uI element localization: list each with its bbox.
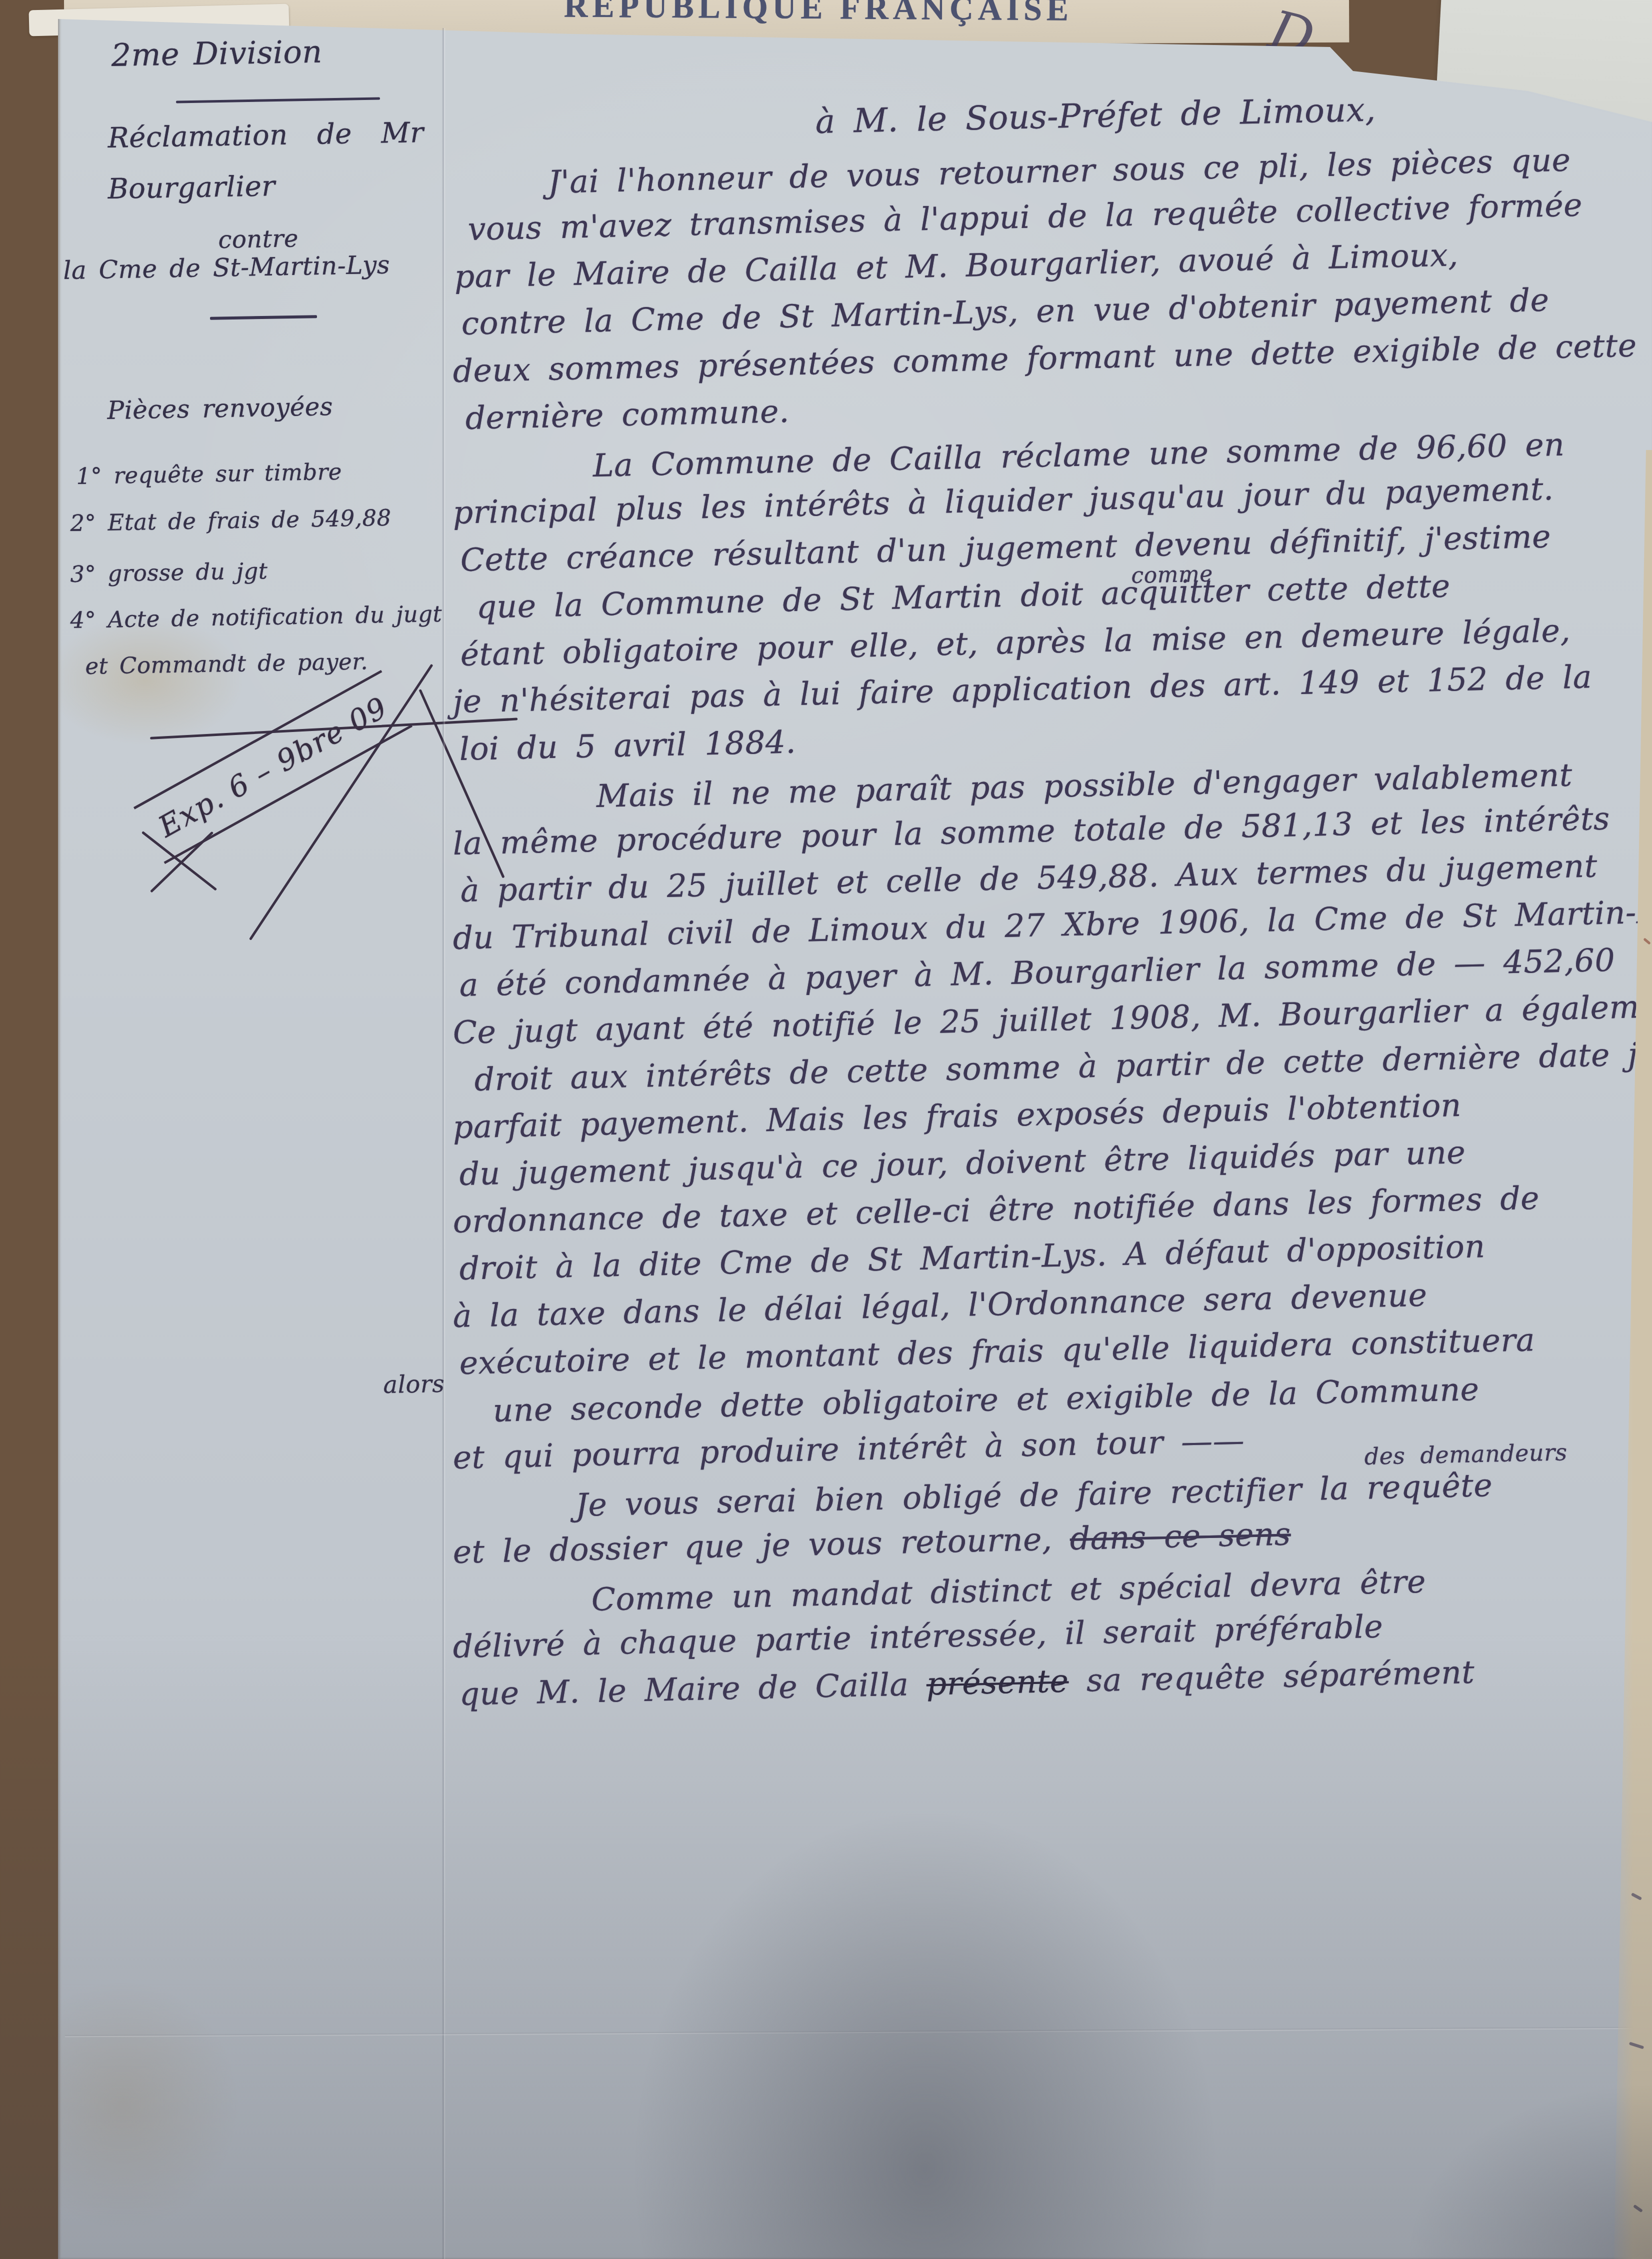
overwritten-text: présente	[926, 1662, 1069, 1702]
struck-text: dans ce sens	[1069, 1515, 1291, 1557]
book-backing-edge	[0, 0, 66, 2259]
pieces-item: 1° requête sur timbre	[76, 458, 342, 489]
photograph-of-document: RÉPUBLIQUE FRANÇAISE D 2me Division Récl…	[0, 0, 1652, 2259]
printed-letterhead: RÉPUBLIQUE FRANÇAISE	[564, 0, 1073, 29]
claim-title-line: Bourgarlier	[107, 170, 275, 205]
pieces-item: et Commandt de payer.	[85, 648, 368, 679]
body-line: dernière commune.	[465, 393, 789, 436]
interline-addition: comme	[1131, 561, 1213, 588]
pieces-item: 2° Etat de frais de 549,88	[70, 504, 391, 536]
margin-insertion-alors: alors	[383, 1370, 445, 1399]
claim-title-line: contre	[218, 224, 298, 254]
claim-title-line: Réclamation de Mr	[107, 116, 424, 154]
body-line: loi du 5 avril 1884.	[459, 723, 796, 767]
pieces-heading: Pièces renvoyées	[107, 392, 333, 425]
pieces-item: 3° grosse du jgt	[70, 557, 268, 587]
interline-addition: des demandeurs	[1364, 1438, 1567, 1470]
paper-stain	[45, 615, 245, 745]
vertical-fold-crease	[442, 28, 445, 2259]
claim-title-line: la Cme de St-Martin-Lys	[63, 250, 390, 285]
division-heading: 2me Division	[111, 33, 322, 73]
